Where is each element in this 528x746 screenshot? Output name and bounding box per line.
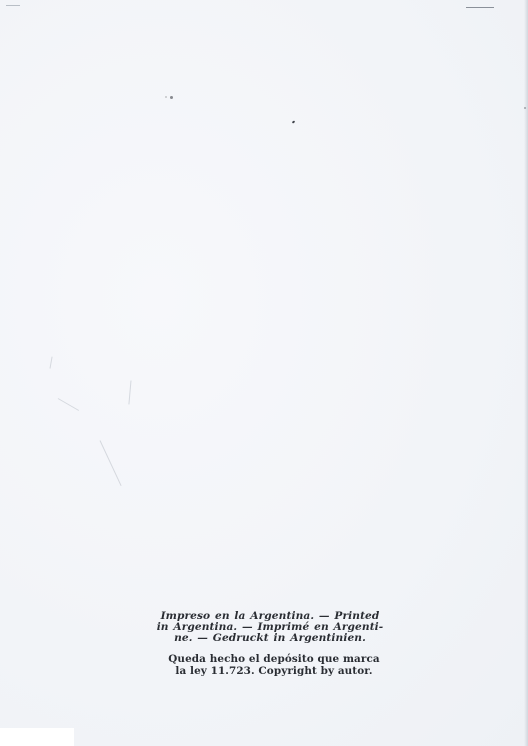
printed-in-notice: Impreso en la Argentina. — Printed in Ar… <box>150 611 390 644</box>
paper-fiber <box>128 380 131 404</box>
paper-fiber <box>50 357 53 369</box>
legal-deposit-notice: Queda hecho el depósito que marca la ley… <box>150 654 390 677</box>
deposit-line: Queda hecho el depósito que marca <box>158 654 390 666</box>
paper-speck <box>165 96 167 98</box>
scan-edge-shadow <box>524 0 528 746</box>
paper-fiber <box>100 440 122 486</box>
colophon: Impreso en la Argentina. — Printed in Ar… <box>150 611 390 677</box>
scanned-page: Impreso en la Argentina. — Printed in Ar… <box>0 0 528 746</box>
paper-fiber <box>58 398 79 411</box>
paper-speck <box>292 120 296 123</box>
scan-mark <box>6 5 20 6</box>
paper-speck <box>524 107 526 109</box>
scan-edge-patch <box>0 728 74 746</box>
paper-speck <box>170 96 173 99</box>
scan-mark <box>466 7 494 8</box>
printed-in-line: ne. — Gedruckt in Argentinien. <box>150 633 390 644</box>
deposit-line: la ley 11.723. Copyright by autor. <box>158 666 390 678</box>
